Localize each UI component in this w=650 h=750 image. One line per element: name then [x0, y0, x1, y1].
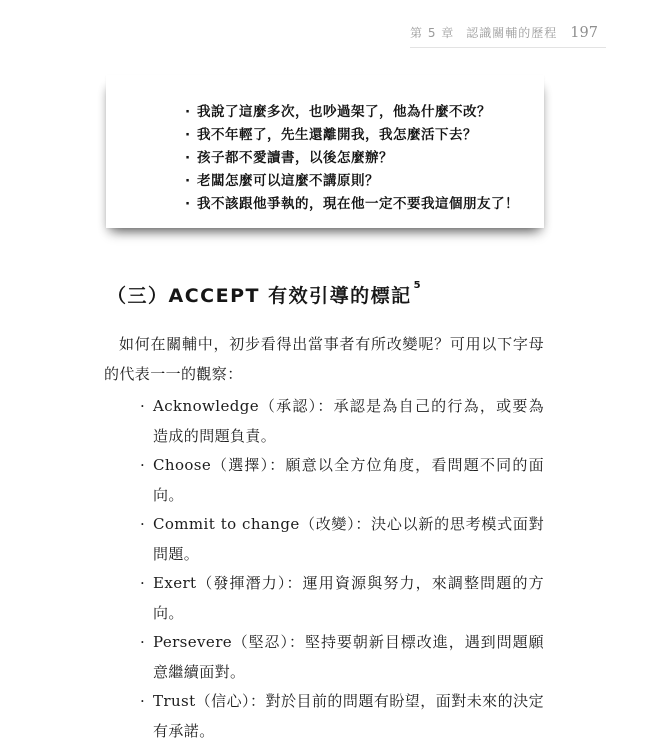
- running-header: 第 5 章認識關輔的歷程197: [410, 24, 606, 48]
- term-zh: （改變）：: [300, 515, 372, 533]
- quote-item: 我說了這麼多次，也吵過架了，他為什麼不改？: [185, 101, 534, 124]
- term-en: Acknowledge: [153, 397, 259, 415]
- quote-item: 我不該跟他爭執的，現在他一定不要我這個朋友了！: [185, 193, 534, 216]
- accept-item-acknowledge: Acknowledge（承認）：承認是為自己的行為，或要為造成的問題負責。: [140, 392, 544, 451]
- accept-list: Acknowledge（承認）：承認是為自己的行為，或要為造成的問題負責。 Ch…: [140, 392, 544, 746]
- term-en: Exert: [153, 574, 196, 592]
- accept-item-exert: Exert（發揮潛力）：運用資源與努力，來調整問題的方向。: [140, 569, 544, 628]
- term-en: Choose: [153, 456, 211, 474]
- term-zh: （選擇）：: [211, 456, 285, 474]
- page-number: 197: [570, 25, 598, 41]
- accept-item-commit: Commit to change（改變）：決心以新的思考模式面對問題。: [140, 510, 544, 569]
- term-zh: （承認）：: [259, 397, 334, 415]
- term-en: Commit to change: [153, 515, 300, 533]
- term-zh: （信心）：: [196, 692, 266, 710]
- quote-item: 老闆怎麼可以這麼不講原則？: [185, 170, 534, 193]
- chapter-title: 認識關輔的歷程: [466, 26, 557, 40]
- running-header-text: 第 5 章認識關輔的歷程197: [410, 24, 606, 41]
- section-heading: （三）ACCEPT 有效引導的標記5: [107, 281, 421, 308]
- section-heading-text: （三）ACCEPT 有效引導的標記: [107, 285, 412, 307]
- term-zh: （堅忍）：: [232, 633, 305, 651]
- quote-item: 我不年輕了，先生還離開我，我怎麼活下去？: [185, 124, 534, 147]
- term-en: Trust: [153, 692, 196, 710]
- header-rule: [410, 47, 606, 48]
- term-zh: （發揮潛力）：: [196, 574, 302, 592]
- accept-item-persevere: Persevere（堅忍）：堅持要朝新目標改進，遇到問題願意繼續面對。: [140, 628, 544, 687]
- quote-item: 孩子都不愛讀書，以後怎麼辦？: [185, 147, 534, 170]
- book-page: 第 5 章認識關輔的歷程197 我說了這麼多次，也吵過架了，他為什麼不改？ 我不…: [0, 0, 650, 750]
- chapter-label: 第 5 章: [410, 26, 454, 40]
- accept-item-choose: Choose（選擇）：願意以全方位角度，看問題不同的面向。: [140, 451, 544, 510]
- quote-list: 我說了這麼多次，也吵過架了，他為什麼不改？ 我不年輕了，先生還離開我，我怎麼活下…: [185, 101, 534, 216]
- accept-item-trust: Trust（信心）：對於目前的問題有盼望，面對未來的決定有承諾。: [140, 687, 544, 746]
- quote-card: 我說了這麼多次，也吵過架了，他為什麼不改？ 我不年輕了，先生還離開我，我怎麼活下…: [106, 75, 544, 228]
- footnote-reference: 5: [414, 280, 421, 291]
- term-en: Persevere: [153, 633, 232, 651]
- intro-paragraph: 如何在關輔中，初步看得出當事者有所改變呢？可用以下字母的代表一一的觀察：: [104, 330, 544, 389]
